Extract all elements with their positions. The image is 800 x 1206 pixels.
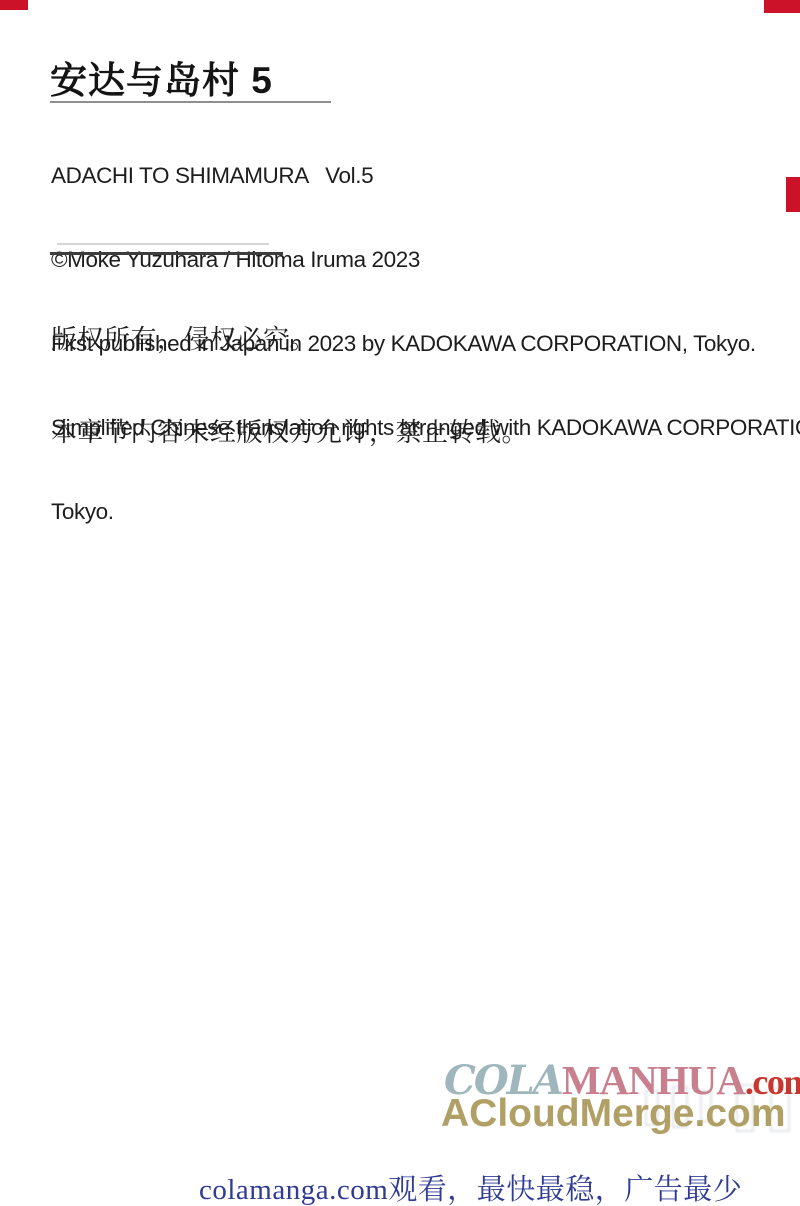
notice-line-no-repost: 本章节内容未经版权方允许，禁止转载。 bbox=[51, 417, 528, 448]
credit-line-series: ADACHI TO SHIMAMURA Vol.5 bbox=[51, 162, 800, 190]
site-watermark-line2: ACloudMerge.com bbox=[441, 1092, 786, 1136]
notice-line-rights: 版权所有，侵权必究。 bbox=[51, 324, 528, 355]
footer-promo-text: colamanga.com观看，最快最稳，广告最少 bbox=[199, 1167, 742, 1206]
red-mark-top-right bbox=[764, 0, 800, 13]
divider-line-dark bbox=[50, 252, 283, 255]
copyright-page: 安达与岛村 5 ADACHI TO SHIMAMURA Vol.5 ©Moke … bbox=[0, 0, 800, 1206]
divider-line-light bbox=[57, 243, 269, 245]
title-underline bbox=[50, 101, 331, 103]
copyright-notice-block: 版权所有，侵权必究。 本章节内容未经版权方允许，禁止转载。 bbox=[51, 262, 528, 510]
red-mark-top-left bbox=[0, 0, 28, 10]
page-title: 安达与岛村 5 bbox=[50, 50, 273, 104]
